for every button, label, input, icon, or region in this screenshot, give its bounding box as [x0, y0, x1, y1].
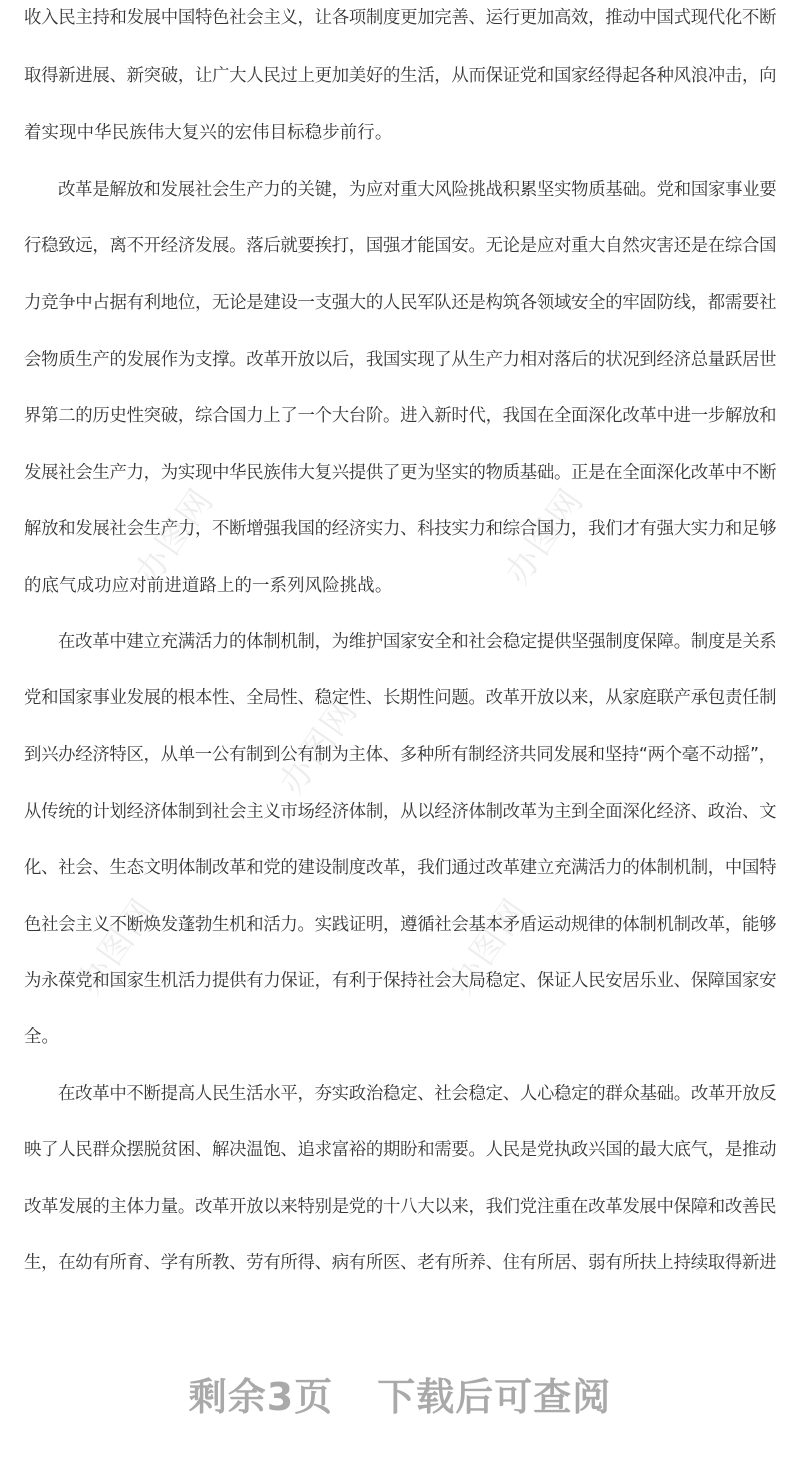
text-line: 改革发展的主体力量。改革开放以来特别是党的十八大以来，我们党注重在改革发展中保障… [24, 1196, 776, 1218]
text-line: 到兴办经济特区，从单一公有制到公有制为主体、多种所有制经济共同发展和坚持“两个毫… [24, 744, 776, 766]
text-line: 发展社会生产力，为实现中华民族伟大复兴提供了更为坚实的物质基础。正是在全面深化改… [24, 462, 776, 484]
document-page: 收入民主持和发展中国特色社会主义，让各项制度更加完善、运行更加高效，推动中国式现… [0, 0, 800, 1468]
remaining-pages-banner[interactable]: 剩余3页下载后可查阅 [0, 1366, 800, 1421]
text-line: 着实现中华民族伟大复兴的宏伟目标稳步前行。 [24, 122, 776, 144]
text-line: 为永葆党和国家生机活力提供有力保证，有利于保持社会大局稳定、保证人民安居乐业、保… [24, 970, 776, 992]
text-line: 收入民主持和发展中国特色社会主义，让各项制度更加完善、运行更加高效，推动中国式现… [24, 7, 776, 29]
paragraph-first-line: 在改革中建立充满活力的体制机制，为维护国家安全和社会稳定提供坚强制度保障。制度是… [58, 631, 776, 653]
text-line: 党和国家事业发展的根本性、全局性、稳定性、长期性问题。改革开放以来，从家庭联产承… [24, 687, 776, 709]
download-hint-label: 下载后可查阅 [377, 1366, 611, 1421]
text-line: 会物质生产的发展作为支撑。改革开放以后，我国实现了从生产力相对落后的状况到经济总… [24, 349, 776, 371]
text-line: 解放和发展社会生产力，不断增强我国的经济实力、科技实力和综合国力，我们才有强大实… [24, 518, 776, 540]
text-line: 的底气成功应对前进道路上的一系列风险挑战。 [24, 575, 776, 597]
text-line: 映了人民群众摆脱贫困、解决温饱、追求富裕的期盼和需要。人民是党执政兴国的最大底气… [24, 1139, 776, 1161]
text-line: 界第二的历史性突破，综合国力上了一个大台阶。进入新时代，我国在全面深化改革中进一… [24, 405, 776, 427]
text-line: 取得新进展、新突破，让广大人民过上更加美好的生活，从而保证党和国家经得起各种风浪… [24, 65, 776, 87]
remaining-pages-label: 剩余3页 [189, 1366, 333, 1421]
paragraph-first-line: 在改革中不断提高人民生活水平，夯实政治稳定、社会稳定、人心稳定的群众基础。改革开… [58, 1083, 776, 1105]
text-line: 全。 [24, 1026, 776, 1048]
paragraph-first-line: 改革是解放和发展社会生产力的关键，为应对重大风险挑战积累坚实物质基础。党和国家事… [58, 179, 776, 201]
text-line: 化、社会、生态文明体制改革和党的建设制度改革，我们通过改革建立充满活力的体制机制… [24, 857, 776, 879]
text-line: 色社会主义不断焕发蓬勃生机和活力。实践证明，遵循社会基本矛盾运动规律的体制机制改… [24, 914, 776, 936]
text-line: 生，在幼有所育、学有所教、劳有所得、病有所医、老有所养、住有所居、弱有所扶上持续… [24, 1252, 776, 1274]
text-line: 从传统的计划经济体制到社会主义市场经济体制，从以经济体制改革为主到全面深化经济、… [24, 801, 776, 823]
text-line: 力竞争中占据有利地位，无论是建设一支强大的人民军队还是构筑各领域安全的牢固防线，… [24, 292, 776, 314]
text-line: 行稳致远，离不开经济发展。落后就要挨打，国强才能国安。无论是应对重大自然灾害还是… [24, 235, 776, 257]
